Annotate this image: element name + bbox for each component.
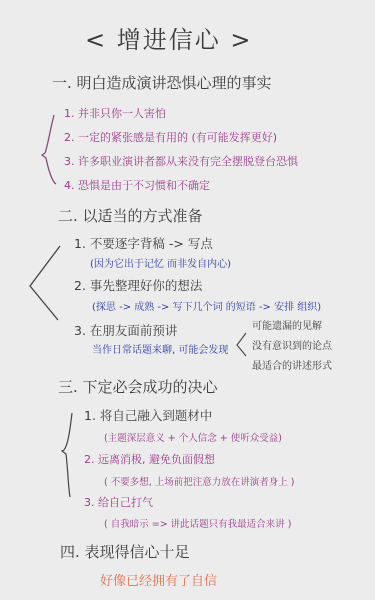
section-2-side-note-2: 没有意识到的论点 [252,342,332,352]
section-2-item-1: 1. 不要逐字背稿 -> 写点 [74,238,213,251]
section-1-item-3: 3. 许多职业演讲者都从来没有完全摆脱登台恐惧 [64,156,298,167]
handwritten-note-page: < 增进信心 > 一. 明白造成演讲恐惧心理的事实 1. 并非只你一人害怕 2.… [0,0,375,600]
bracket-side-notes [237,333,246,356]
section-1-heading: 一. 明白造成演讲恐惧心理的事实 [52,76,272,91]
section-2-item-2: 2. 事先整理好你的想法 [74,280,202,293]
section-1-item-2: 2. 一定的紧张感是有用的 (有可能发挥更好) [64,132,277,143]
section-2-heading: 二. 以适当的方式准备 [58,209,203,224]
section-3-item-1: 1. 将自己融入到题材中 [84,410,212,423]
section-2-item-3: 3. 在朋友面前预讲 [74,325,177,338]
section-2-item-2-note: (探思 -> 成熟 -> 写下几个词 的短语 -> 安排 组织) [92,303,321,313]
brace-section-1 [42,115,56,184]
section-3-item-3: 3. 给自己打气 [84,497,153,508]
section-1-item-4: 4. 恐惧是由于不习惯和不确定 [64,180,210,191]
section-2-item-1-note: (因为它出于记忆 而非发自内心) [90,260,231,270]
section-3-item-2-note: ( 不要多想, 上场前把注意力放在讲演者身上 ) [104,478,295,488]
chevron-section-2 [30,246,60,320]
section-3-item-1-note: (主题深层意义 + 个人信念 + 使听众受益) [104,434,282,444]
section-4-note: 好像已经拥有了自信 [100,575,217,588]
section-3-item-3-note: ( 自我暗示 => 讲此话题只有我最适合来讲 ) [104,520,291,530]
section-2-side-note-3: 最适合的讲述形式 [252,362,332,372]
section-3-heading: 三. 下定必会成功的决心 [58,380,218,395]
section-1-item-1: 1. 并非只你一人害怕 [64,108,166,119]
section-2-side-note-1: 可能遗漏的见解 [252,322,322,332]
section-3-item-2: 2. 远离消极, 避免负面假想 [84,454,215,465]
brace-section-3 [62,413,72,497]
section-2-item-3-note: 当作日常话题来聊, 可能会发现 [92,346,228,356]
section-4-heading: 四. 表现得信心十足 [60,545,190,560]
page-title: < 增进信心 > [85,28,252,52]
